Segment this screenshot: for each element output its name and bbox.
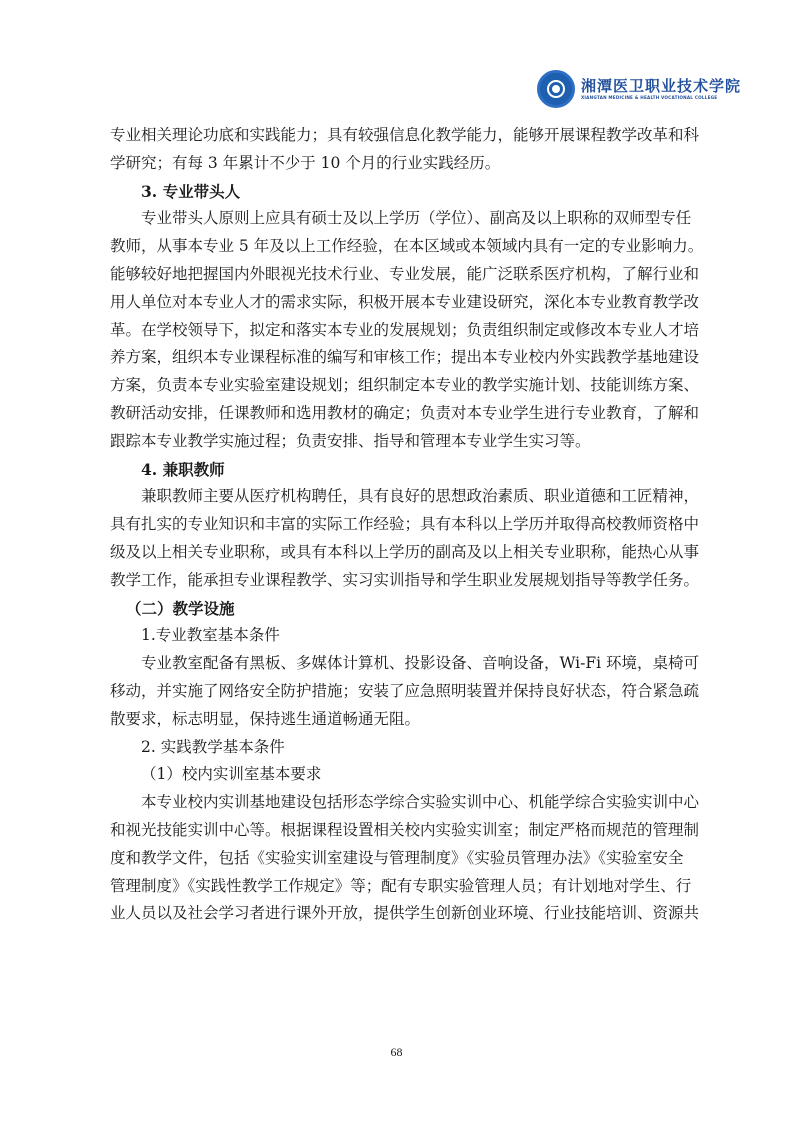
paragraph-line: 1.专业教室基本条件 — [110, 622, 706, 650]
paragraph-line: 养方案，组织本专业课程标准的编写和审核工作；提出本专业校内外实践教学基地建设 — [110, 344, 706, 372]
paragraph-line: 专业带头人原则上应具有硕士及以上学历（学位）、副高及以上职称的双师型专任 — [110, 205, 706, 233]
paragraph-line: 革。在学校领导下，拟定和落实本专业的发展规划；负责组织制定或修改本专业人才培 — [110, 317, 706, 345]
paragraph-line: 移动，并实施了网络安全防护措施；安装了应急照明装置并保持良好状态，符合紧急疏 — [110, 678, 706, 706]
college-name-cn: 湘潭医卫职业技术学院 — [581, 77, 741, 95]
paragraph-line: 兼职教师主要从医疗机构聘任，具有良好的思想政治素质、职业道德和工匠精神， — [110, 483, 706, 511]
paragraph-line: 和视光技能实训中心等。根据课程设置相关校内实验实训室；制定严格而规范的管理制 — [110, 817, 706, 845]
page-number: 68 — [0, 1045, 793, 1060]
section-heading: 3. 专业带头人 — [110, 178, 706, 206]
paragraph-line: 方案，负责本专业实验室建设规划；组织制定本专业的教学实施计划、技能训练方案、 — [110, 372, 706, 400]
college-name-en: XIANGTAN MEDICINE & HEALTH VOCATIONAL CO… — [581, 95, 741, 101]
college-emblem-icon — [537, 70, 575, 108]
paragraph-line: 学研究；有每 3 年累计不少于 10 个月的行业实践经历。 — [110, 150, 706, 178]
paragraph-line: 跟踪本专业教学实施过程；负责安排、指导和管理本专业学生实习等。 — [110, 428, 706, 456]
paragraph-line: 专业教室配备有黑板、多媒体计算机、投影设备、音响设备，Wi-Fi 环境，桌椅可 — [110, 650, 706, 678]
paragraph-line: 2. 实践教学基本条件 — [110, 734, 706, 762]
document-body: 专业相关理论功底和实践能力；具有较强信息化教学能力，能够开展课程教学改革和科学研… — [110, 122, 706, 928]
college-logo: 湘潭医卫职业技术学院 XIANGTAN MEDICINE & HEALTH VO… — [537, 70, 741, 108]
paragraph-line: 教研活动安排，任课教师和选用教材的确定；负责对本专业学生进行专业教育，了解和 — [110, 400, 706, 428]
paragraph-line: 业人员以及社会学习者进行课外开放，提供学生创新创业环境、行业技能培训、资源共 — [110, 900, 706, 928]
subsection-heading: （二）教学设施 — [110, 595, 706, 623]
paragraph-line: 教师，从事本专业 5 年及以上工作经验，在本区域或本领域内具有一定的专业影响力。 — [110, 233, 706, 261]
paragraph-line: 能够较好地把握国内外眼视光技术行业、专业发展，能广泛联系医疗机构，了解行业和 — [110, 261, 706, 289]
section-heading: 4. 兼职教师 — [110, 456, 706, 484]
paragraph-line: （1）校内实训室基本要求 — [110, 761, 706, 789]
paragraph-line: 管理制度》《实践性教学工作规定》等；配有专职实验管理人员；有计划地对学生、行 — [110, 873, 706, 901]
paragraph-line: 级及以上相关专业职称，或具有本科以上学历的副高及以上相关专业职称，能热心从事 — [110, 539, 706, 567]
logo-text: 湘潭医卫职业技术学院 XIANGTAN MEDICINE & HEALTH VO… — [581, 77, 741, 101]
paragraph-line: 具有扎实的专业知识和丰富的实际工作经验；具有本科以上学历并取得高校教师资格中 — [110, 511, 706, 539]
paragraph-line: 教学工作，能承担专业课程教学、实习实训指导和学生职业发展规划指导等教学任务。 — [110, 567, 706, 595]
paragraph-line: 用人单位对本专业人才的需求实际，积极开展本专业建设研究，深化本专业教育教学改 — [110, 289, 706, 317]
paragraph-line: 专业相关理论功底和实践能力；具有较强信息化教学能力，能够开展课程教学改革和科 — [110, 122, 706, 150]
paragraph-line: 本专业校内实训基地建设包括形态学综合实验实训中心、机能学综合实验实训中心 — [110, 789, 706, 817]
paragraph-line: 度和教学文件，包括《实验实训室建设与管理制度》《实验员管理办法》《实验室安全 — [110, 845, 706, 873]
paragraph-line: 散要求，标志明显，保持逃生通道畅通无阻。 — [110, 706, 706, 734]
